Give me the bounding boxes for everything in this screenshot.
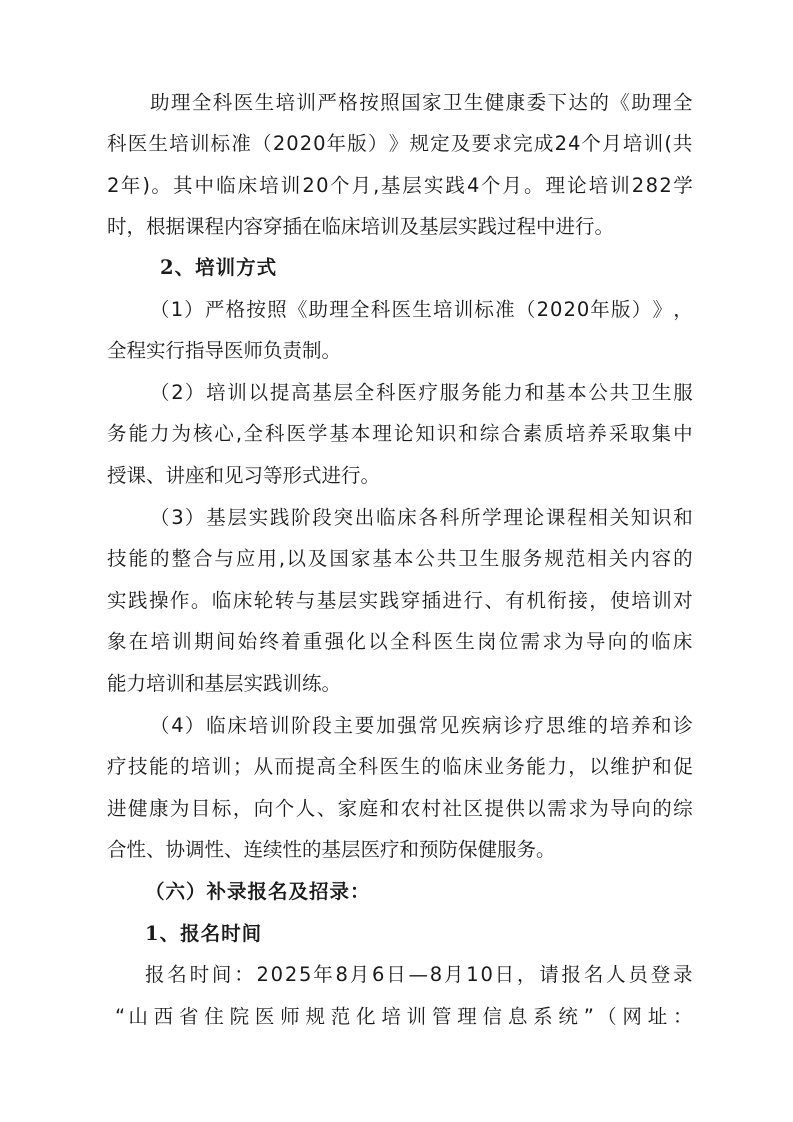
item-3-line-5: 能力培训和基层实践训练。 [107, 670, 693, 698]
item-3-line-4: 象 在 培 训 期 间 始 终 着 重 强 化 以 全 科 医 生 岗 位 需 … [107, 628, 693, 656]
section-heading-training-method: 2、培训方式 [160, 254, 560, 282]
item-2-line-3: 授课、讲座和见习等形式进行。 [107, 462, 693, 490]
item-2-line-2: 务 能 力 为 核 心 , 全 科 医 学 基 本 理 论 知 识 和 综 合 … [107, 420, 693, 448]
item-2-line-1: （ 2 ） 培 训 以 提 高 基 层 全 科 医 疗 服 务 能 力 和 基 … [150, 379, 693, 407]
registration-line-2: “ 山 西 省 住 院 医 师 规 范 化 培 训 管 理 信 息 系 统 ” … [115, 1003, 693, 1031]
item-4-line-3: 进 健 康 为 目 标 ， 向 个 人 、 家 庭 和 农 村 社 区 提 供 … [107, 795, 693, 823]
item-1-line-2: 全程实行指导医师负责制。 [107, 337, 693, 365]
item-1-line-1: （ 1 ） 严 格 按 照 《 助 理 全 科 医 生 培 训 标 准 （ 2 … [150, 296, 693, 324]
item-3-line-2: 技 能 的 整 合 与 应 用 , 以 及 国 家 基 本 公 共 卫 生 服 … [107, 545, 693, 573]
item-4-line-4: 合性、协调性、连续性的基层医疗和预防保健服务。 [107, 836, 693, 864]
item-4-line-1: （ 4 ） 临 床 培 训 阶 段 主 要 加 强 常 见 疾 病 诊 疗 思 … [150, 712, 693, 740]
item-4-line-2: 疗 技 能 的 培 训 ； 从 而 提 高 全 科 医 生 的 临 床 业 务 … [107, 753, 693, 781]
item-3-line-1: （ 3 ） 基 层 实 践 阶 段 突 出 临 床 各 科 所 学 理 论 课 … [150, 504, 693, 532]
paragraph-training-duration-line-1: 助 理 全 科 医 生 培 训 严 格 按 照 国 家 卫 生 健 康 委 下 … [150, 89, 693, 117]
paragraph-training-duration-line-4: 时，根据课程内容穿插在临床培训及基层实践过程中进行。 [107, 213, 693, 241]
document-page: 助 理 全 科 医 生 培 训 严 格 按 照 国 家 卫 生 健 康 委 下 … [0, 0, 793, 1122]
registration-line-1: 报 名 时 间 ： 2 0 2 5 年 8 月 6 日 — 8 月 1 0 日 … [145, 961, 693, 989]
paragraph-training-duration-line-2: 科 医 生 培 训 标 准 （ 2 0 2 0 年 版 ） 》 规 定 及 要 … [107, 130, 693, 158]
section-heading-supplementary-enrollment: （六）补录报名及招录： [145, 878, 545, 906]
section-heading-registration-time: 1、报名时间 [145, 920, 545, 948]
item-3-line-3: 实 践 操 作 。 临 床 轮 转 与 基 层 实 践 穿 插 进 行 、 有 … [107, 587, 693, 615]
paragraph-training-duration-line-3: 2 年 ) 。 其 中 临 床 培 训 2 0 个 月 , 基 层 实 践 4 … [107, 172, 693, 200]
